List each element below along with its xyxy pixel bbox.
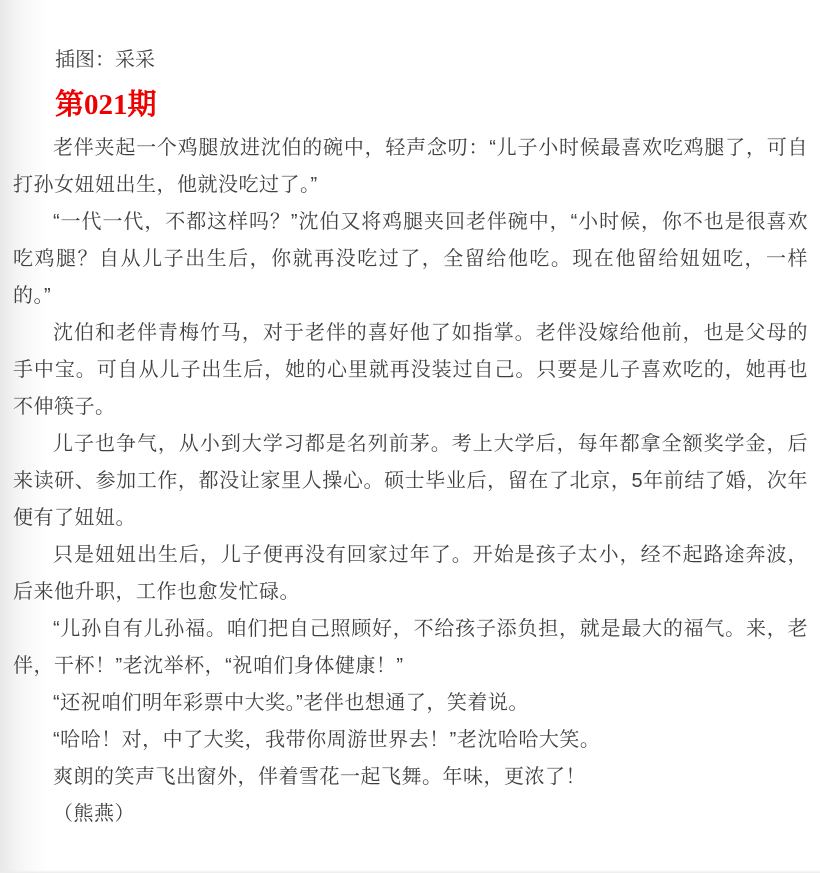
story-paragraph: 沈伯和老伴青梅竹马，对于老伴的喜好他了如指掌。老伴没嫁给他前，也是父母的手中宝。… xyxy=(13,315,808,426)
story-paragraph: 老伴夹起一个鸡腿放进沈伯的碗中，轻声念叨：“儿子小时候最喜欢吃鸡腿了，可自打孙女… xyxy=(13,130,808,204)
story-paragraph: “一代一代，不都这样吗？”沈伯又将鸡腿夹回老伴碗中，“小时候，你不也是很喜欢吃鸡… xyxy=(13,204,808,315)
story-paragraph: 只是妞妞出生后，儿子便再没有回家过年了。开始是孩子太小，经不起路途奔波，后来他升… xyxy=(13,537,808,611)
story-paragraph: 爽朗的笑声飞出窗外，伴着雪花一起飞舞。年味，更浓了！ xyxy=(13,759,808,796)
illustration-credit: 插图：采采 xyxy=(13,42,808,79)
article-page: 插图：采采 第021期 老伴夹起一个鸡腿放进沈伯的碗中，轻声念叨：“儿子小时候最… xyxy=(0,0,820,873)
story-paragraph: 儿子也争气，从小到大学习都是名列前茅。考上大学后，每年都拿全额奖学金，后来读研、… xyxy=(13,426,808,537)
story-paragraph: “哈哈！对，中了大奖，我带你周游世界去！”老沈哈哈大笑。 xyxy=(13,722,808,759)
author-credit: （熊燕） xyxy=(13,796,808,833)
issue-title: 第021期 xyxy=(55,84,808,126)
story-paragraph: “还祝咱们明年彩票中大奖。”老伴也想通了，笑着说。 xyxy=(13,685,808,722)
story-paragraph: “儿孙自有儿孙福。咱们把自己照顾好，不给孩子添负担，就是最大的福气。来，老伴，干… xyxy=(13,611,808,685)
article-content: 插图：采采 第021期 老伴夹起一个鸡腿放进沈伯的碗中，轻声念叨：“儿子小时候最… xyxy=(0,0,820,833)
